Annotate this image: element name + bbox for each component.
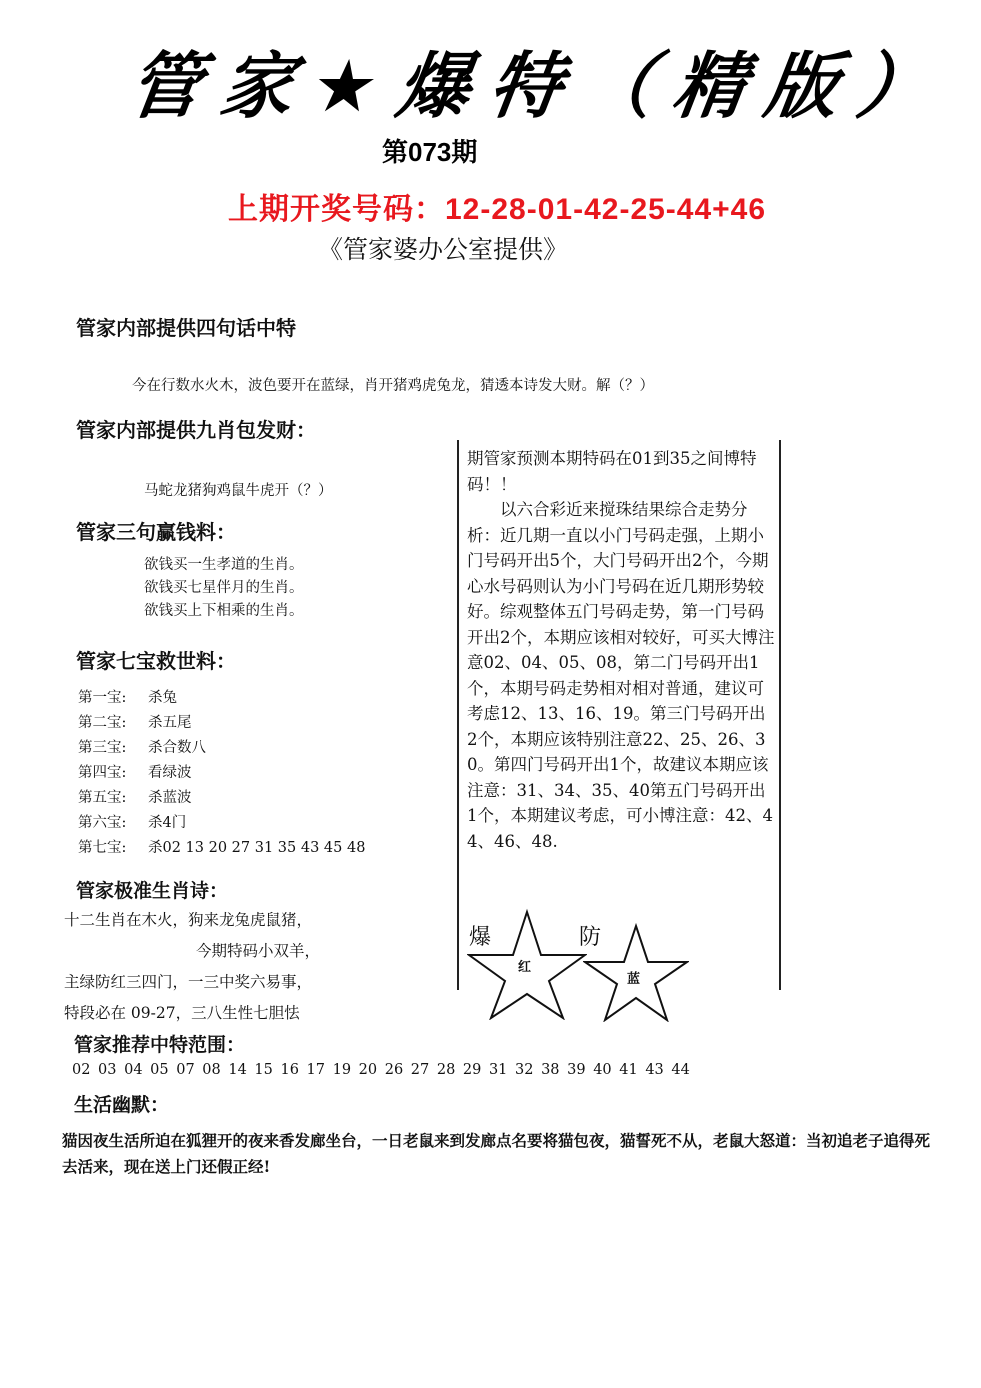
last-draw-result: 上期开奖号码：12-28-01-42-25-44+46 (228, 184, 766, 228)
last-draw-label: 上期开奖号码： (228, 193, 445, 226)
last-draw-numbers: 12-28-01-42-25-44+46 (445, 193, 766, 226)
analysis-text: 期管家预测本期特码在01到35之间博特码！！ 以六合彩近来搅珠结果综合走势分析：… (467, 446, 775, 854)
treasure-item: 第六宝:杀4门 (78, 811, 365, 836)
treasure-item: 第七宝:杀02 13 20 27 31 35 43 45 48 (78, 836, 365, 861)
treasure-item: 第二宝:杀五尾 (78, 711, 365, 736)
nine-zodiac-heading: 管家内部提供九肖包发财： (76, 414, 316, 443)
three-lines-heading: 管家三句赢钱料： (76, 516, 236, 545)
treasure-value: 杀02 13 20 27 31 35 43 45 48 (148, 836, 365, 861)
treasure-value: 杀合数八 (148, 736, 206, 761)
treasure-key: 第二宝: (78, 711, 148, 736)
range-heading: 管家推荐中特范围： (74, 1030, 245, 1057)
page-title: 管家★爆特（精版） (123, 28, 958, 132)
analysis-paragraph: 期管家预测本期特码在01到35之间博特码！！ (467, 446, 775, 497)
treasure-value: 杀五尾 (148, 711, 192, 736)
star-red-icon: 红 (467, 908, 587, 1020)
treasure-key: 第四宝: (78, 761, 148, 786)
treasure-item: 第四宝:看绿波 (78, 761, 365, 786)
treasure-item: 第三宝:杀合数八 (78, 736, 365, 761)
treasure-key: 第三宝: (78, 736, 148, 761)
treasure-key: 第五宝: (78, 786, 148, 811)
three-lines-item: 欲钱买上下相乘的生肖。 (144, 600, 304, 623)
treasure-key: 第七宝: (78, 836, 148, 861)
three-lines-item: 欲钱买一生孝道的生肖。 (144, 554, 304, 577)
treasure-value: 看绿波 (148, 761, 192, 786)
seven-treasures-list: 第一宝:杀兔 第二宝:杀五尾 第三宝:杀合数八 第四宝:看绿波 第五宝:杀蓝波 … (78, 686, 365, 861)
seven-treasures-heading: 管家七宝救世料： (76, 645, 236, 674)
four-lines-heading: 管家内部提供四句话中特 (76, 312, 296, 341)
four-lines-text: 今在行数水火木，波色要开在蓝绿，肖开猪鸡虎兔龙，猜透本诗发大财。解（？） (132, 374, 654, 395)
nine-zodiac-text: 马蛇龙猪狗鸡鼠牛虎开（？） (144, 479, 333, 500)
treasure-item: 第五宝:杀蓝波 (78, 786, 365, 811)
treasure-value: 杀4门 (148, 811, 186, 836)
poem-lines: 十二生肖在木火，狗来龙兔虎鼠猪， 今期特码小双羊， 主绿防红三四门，一三中奖六易… (64, 905, 320, 1029)
three-lines-item: 欲钱买七星伴月的生肖。 (144, 577, 304, 600)
poem-line: 特段必在 09-27，三八生性七胆怯 (64, 998, 320, 1029)
star-blue-icon: 蓝 (583, 922, 689, 1022)
analysis-paragraph: 以六合彩近来搅珠结果综合走势分析：近几期一直以小门号码走强，上期小门号码开出5个… (467, 497, 775, 854)
poem-line: 十二生肖在木火，狗来龙兔虎鼠猪， (64, 905, 320, 936)
humor-text: 猫因夜生活所迫在狐狸开的夜来香发廊坐台，一日老鼠来到发廊点名要将猫包夜，猫誓死不… (62, 1128, 942, 1180)
poem-line: 主绿防红三四门，一三中奖六易事， (64, 967, 320, 998)
star-blue-label: 蓝 (627, 968, 640, 987)
treasure-key: 第一宝: (78, 686, 148, 711)
humor-heading: 生活幽默： (74, 1090, 169, 1117)
range-numbers: 02 03 04 05 07 08 14 15 16 17 19 20 26 2… (72, 1062, 690, 1078)
treasure-item: 第一宝:杀兔 (78, 686, 365, 711)
treasure-key: 第六宝: (78, 811, 148, 836)
star-red-label: 红 (518, 956, 531, 975)
provider-credit: 《管家婆办公室提供》 (318, 230, 568, 266)
issue-number: 第073期 (382, 132, 477, 169)
analysis-box: 期管家预测本期特码在01到35之间博特码！！ 以六合彩近来搅珠结果综合走势分析：… (457, 440, 781, 990)
treasure-value: 杀蓝波 (148, 786, 192, 811)
poem-line: 今期特码小双羊， (64, 936, 320, 967)
poem-heading: 管家极准生肖诗： (76, 876, 228, 903)
three-lines-list: 欲钱买一生孝道的生肖。 欲钱买七星伴月的生肖。 欲钱买上下相乘的生肖。 (144, 554, 304, 623)
treasure-value: 杀兔 (148, 686, 177, 711)
